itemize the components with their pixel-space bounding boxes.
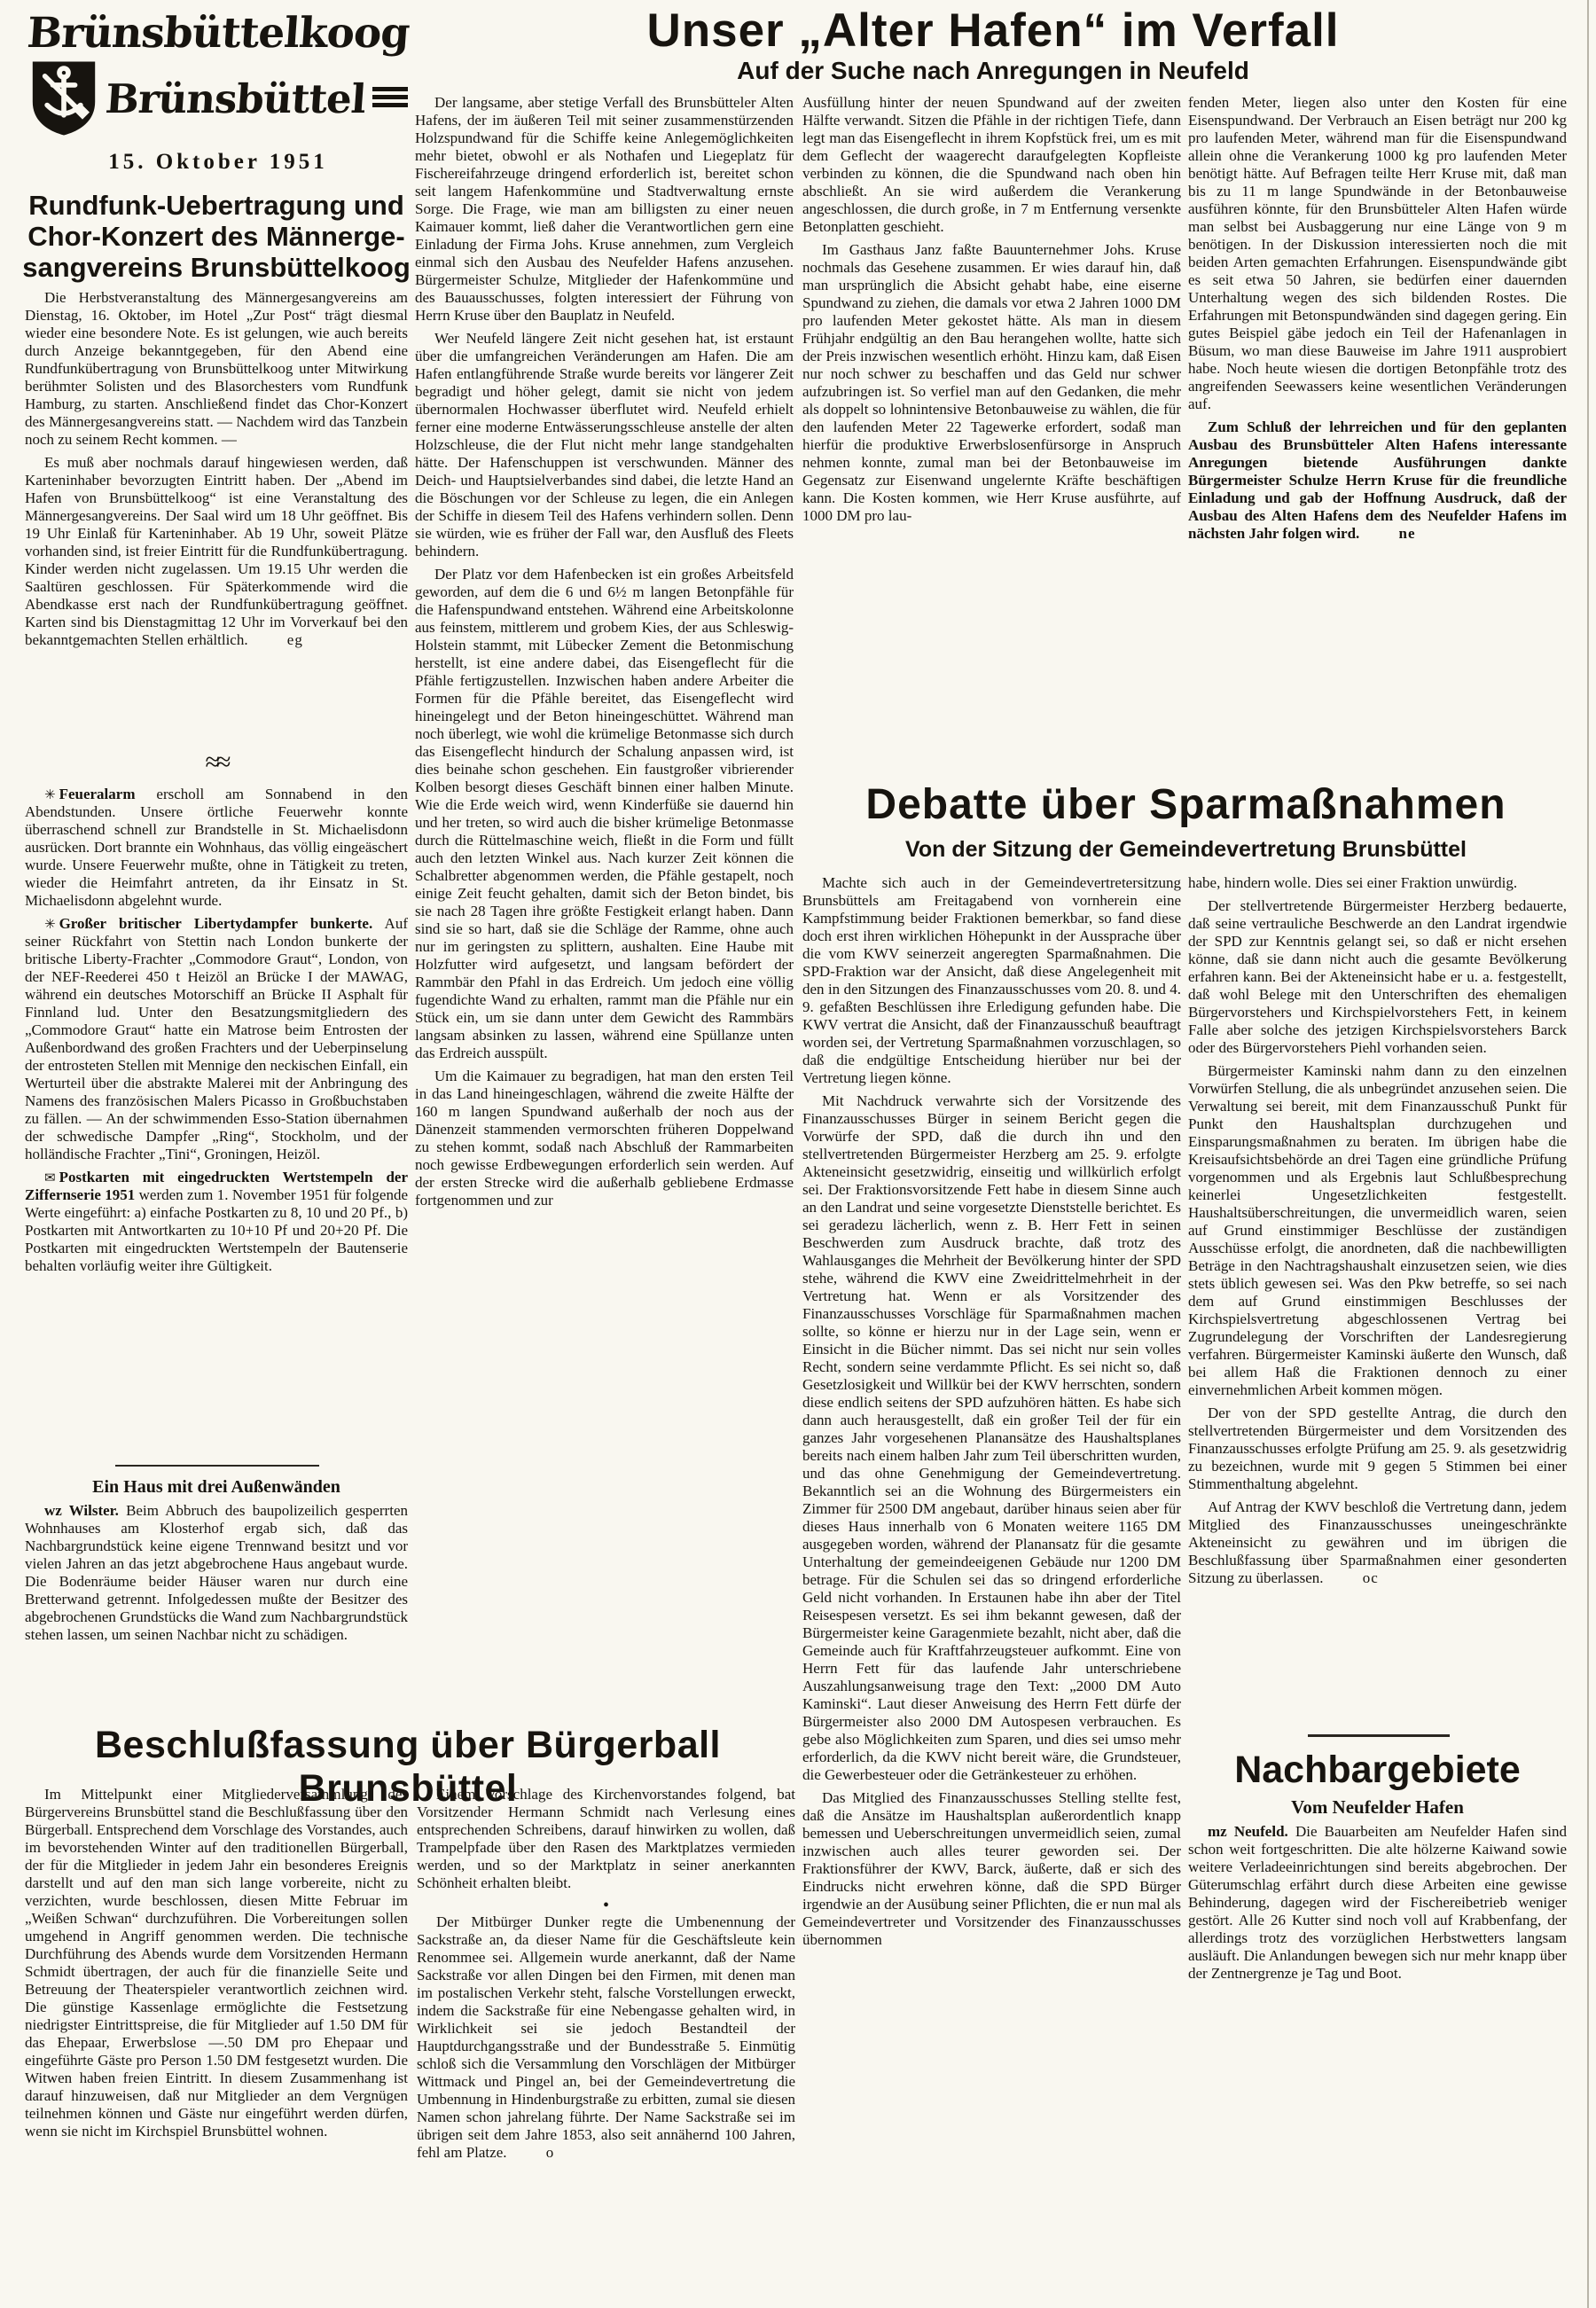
nachbargebiete-headline: Nachbargebiete xyxy=(1188,1749,1567,1792)
debatte-column-1: Machte sich auch in der Gemeindevertrete… xyxy=(802,874,1181,2305)
banner-ribbon-decoration xyxy=(372,87,408,110)
paragraph: Der von der SPD gestellte Antrag, die du… xyxy=(1188,1404,1567,1498)
paragraph: Im Mittelpunkt einer Mitgliederversammlu… xyxy=(25,1786,408,2146)
paragraph: wz Wilster. Beim Abbruch des baupolizeil… xyxy=(25,1502,408,1649)
masthead-title-line2: Brünsbüttel xyxy=(104,75,367,122)
paragraph: Im Gasthaus Janz faßte Bauunternehmer Jo… xyxy=(802,241,1181,530)
section-dot-ornament: • xyxy=(417,1897,795,1913)
masthead-title-line1: Brünsbüttelkoog xyxy=(23,9,413,58)
paragraph: Einem Vorschlage des Kirchenvorstandes f… xyxy=(417,1786,795,1897)
paragraph: Mit Nachdruck verwahrte sich der Vorsitz… xyxy=(802,1092,1181,1789)
radio-article-body: Die Herbstveranstaltung des Männergesang… xyxy=(25,289,408,754)
paragraph: Es muß aber nochmals darauf hingewiesen … xyxy=(25,454,408,654)
house-article-body: wz Wilster. Beim Abbruch des baupolizeil… xyxy=(25,1502,408,1724)
author-initials: o xyxy=(546,2144,555,2161)
paragraph: mz Neufeld. Die Bauarbeiten am Neufelder… xyxy=(1188,1823,1567,1988)
nachbargebiete-subhead: Vom Neufelder Hafen xyxy=(1188,1796,1567,1819)
paragraph: Bürgermeister Kaminski nahm dann zu den … xyxy=(1188,1062,1567,1404)
paragraph: fenden Meter, liegen also unter den Kost… xyxy=(1188,94,1567,419)
author-initials: ne xyxy=(1399,525,1416,542)
paragraph: Der Mitbürger Dunker regte die Umbenennu… xyxy=(417,1913,795,2167)
crest-icon xyxy=(29,59,98,137)
author-initials: oc xyxy=(1363,1569,1379,1586)
author-initials: eg xyxy=(287,631,303,648)
debatte-subhead: Von der Sitzung der Gemeindevertretung B… xyxy=(802,837,1569,863)
paragraph: Ausfüllung hinter der neuen Spundwand au… xyxy=(802,94,1181,241)
paragraph: Die Herbstveranstaltung des Männergesang… xyxy=(25,289,408,454)
hafen-subhead: Auf der Suche nach Anregungen in Neufeld xyxy=(417,57,1569,85)
nachbargebiete-body: mz Neufeld. Die Bauarbeiten am Neufelder… xyxy=(1188,1823,1567,2089)
wave-ornament: ≈≈ xyxy=(25,754,408,771)
news-brief: ✳Großer britischer Libertydampfer bunker… xyxy=(25,915,408,1169)
divider xyxy=(115,1465,319,1467)
radio-article-headline: Rundfunk-Uebertragung und Chor-Konzert d… xyxy=(21,190,411,283)
paragraph: habe, hindern wolle. Dies sei einer Frak… xyxy=(1188,874,1567,897)
paragraph: Der Platz vor dem Hafenbecken ist ein gr… xyxy=(415,566,794,1068)
newspaper-page: Brünsbüttelkoog Brünsbüttel 15. xyxy=(0,0,1596,2308)
issue-date: 15. Oktober 1951 xyxy=(25,150,411,175)
debatte-headline: Debatte über Sparmaßnahmen xyxy=(802,780,1569,829)
hafen-column-1: Der langsame, aber stetige Verfall des B… xyxy=(415,94,794,1717)
paragraph: Zum Schluß der lehrreichen und für den g… xyxy=(1188,419,1567,548)
paragraph: Das Mitglied des Finanzausschusses Stell… xyxy=(802,1789,1181,1954)
star-icon: ✳ xyxy=(44,786,59,802)
star-icon: ✳ xyxy=(44,916,59,932)
debatte-column-2: habe, hindern wolle. Dies sei einer Frak… xyxy=(1188,874,1567,1725)
paragraph: Auf Antrag der KWV beschloß die Vertretu… xyxy=(1188,1498,1567,1592)
paragraph: Machte sich auch in der Gemeindevertrete… xyxy=(802,874,1181,1092)
hafen-headline: Unser „Alter Hafen“ im Verfall xyxy=(417,4,1569,58)
paragraph: Der stellvertretende Bürgermeister Herzb… xyxy=(1188,897,1567,1062)
news-brief: ✳Feueralarm erscholl am Sonnabend in den… xyxy=(25,786,408,915)
masthead: Brünsbüttelkoog Brünsbüttel 15. xyxy=(25,9,411,175)
hafen-column-2: Ausfüllung hinter der neuen Spundwand au… xyxy=(802,94,1181,777)
news-briefs: ✳Feueralarm erscholl am Sonnabend in den… xyxy=(25,786,408,1458)
posthorn-icon: ✉ xyxy=(44,1170,59,1185)
news-brief: ✉Postkarten mit eingedruckten Wertstempe… xyxy=(25,1169,408,1280)
paragraph: Um die Kaimauer zu begradigen, hat man d… xyxy=(415,1068,794,1215)
hafen-column-3: fenden Meter, liegen also unter den Kost… xyxy=(1188,94,1567,778)
buergerball-column-b: Einem Vorschlage des Kirchenvorstandes f… xyxy=(417,1786,795,2304)
buergerball-column-a: Im Mittelpunkt einer Mitgliederversammlu… xyxy=(25,1786,408,2304)
house-article-headline: Ein Haus mit drei Außenwänden xyxy=(25,1477,408,1498)
paragraph: Wer Neufeld längere Zeit nicht gesehen h… xyxy=(415,330,794,566)
paragraph: Der langsame, aber stetige Verfall des B… xyxy=(415,94,794,330)
divider xyxy=(1308,1734,1450,1737)
